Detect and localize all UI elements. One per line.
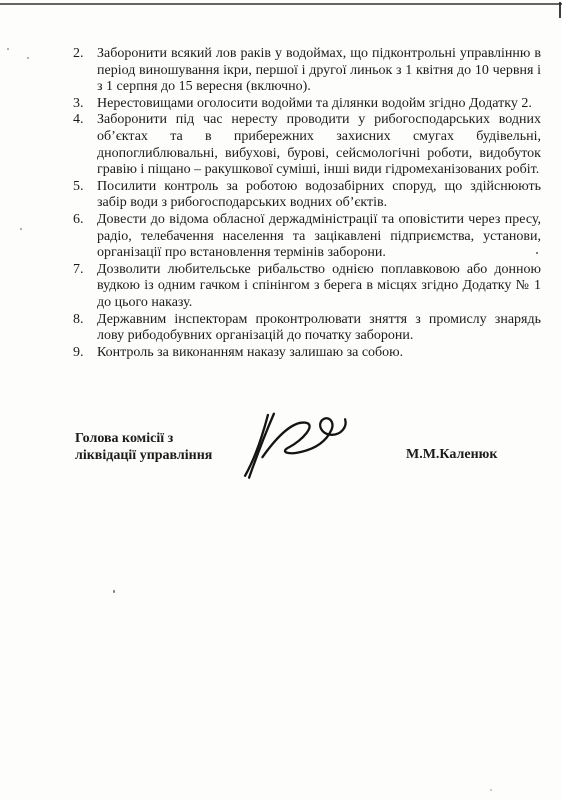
list-item: 8. Державним інспекторам проконтролювати… (97, 312, 541, 345)
signatory-title: Голова комісії з ліквідації управління (75, 430, 245, 464)
scan-top-edge-line (0, 3, 562, 5)
list-item-number: 7. (73, 262, 93, 279)
scanned-page: 2. Заборонити всякий лов раків у водойма… (0, 0, 562, 800)
list-item-text: Заборонити всякий лов раків у водоймах, … (97, 46, 541, 94)
list-item-number: 9. (73, 345, 93, 362)
list-item-number: 5. (73, 179, 93, 196)
scan-corner-mark (559, 2, 561, 18)
scan-noise-dot (490, 789, 492, 791)
list-item-number: 8. (73, 312, 93, 329)
list-item-text: Довести до відома обласної держадміністр… (97, 212, 541, 260)
signatory-name: М.М.Каленюк (406, 447, 497, 463)
signatory-title-line2: ліквідації управління (75, 447, 245, 464)
signatory-title-line1: Голова комісії з (75, 430, 245, 447)
list-item-text: Посилити контроль за роботою водозабірни… (97, 179, 541, 211)
list-item-text: Дозволити любительське рибальство однією… (97, 262, 541, 310)
list-item-text: Нерестовищами оголосити водойми та ділян… (97, 96, 532, 111)
list-item: 9. Контроль за виконанням наказу залишаю… (97, 345, 541, 362)
scan-noise-dot (113, 590, 115, 593)
list-item-number: 2. (73, 46, 93, 63)
list-item-text: Державним інспекторам проконтролювати зн… (97, 312, 541, 344)
list-item: 7. Дозволити любительське рибальство одн… (97, 262, 541, 312)
list-item: 2. Заборонити всякий лов раків у водойма… (97, 46, 541, 96)
list-item-text: Контроль за виконанням наказу залишаю за… (97, 345, 403, 360)
list-item: 6. Довести до відома обласної держадміні… (97, 212, 541, 262)
scan-noise-dot (27, 57, 29, 59)
list-item-number: 4. (73, 112, 93, 129)
list-item: 4. Заборонити під час нересту проводити … (97, 112, 541, 178)
scan-noise-dot (7, 48, 9, 50)
order-item-list: 2. Заборонити всякий лов раків у водойма… (97, 46, 541, 361)
list-item-number: 6. (73, 212, 93, 229)
scan-noise-dot (20, 228, 22, 230)
list-item: 5. Посилити контроль за роботою водозабі… (97, 179, 541, 212)
list-item-number: 3. (73, 96, 93, 113)
list-item-text: Заборонити під час нересту проводити у р… (97, 112, 541, 177)
list-item: 3. Нерестовищами оголосити водойми та ді… (97, 96, 541, 113)
handwritten-signature-icon (233, 408, 359, 482)
